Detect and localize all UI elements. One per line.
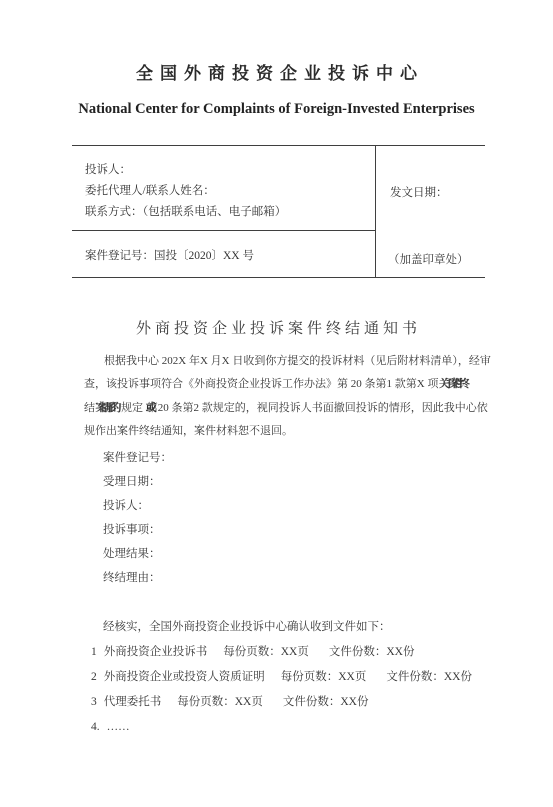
issue-date-label: 发文日期：: [390, 184, 448, 200]
para-line-3-text-mid: 规定: [121, 402, 146, 414]
doc-item-pages: 每份页数：XX页: [177, 696, 263, 708]
table-right-column: 发文日期： （加盖印章处）: [376, 146, 485, 277]
para-line-3-text-start: 结: [84, 402, 95, 414]
field-acceptance-date: 受理日期：: [103, 470, 172, 494]
doc-item-name: 代理委托书: [104, 696, 162, 708]
field-complainant: 投诉人：: [103, 494, 172, 518]
field-termination-reason: 终结理由：: [103, 566, 172, 590]
doc-item-copies: 文件份数：XX份: [283, 696, 369, 708]
field-case-registration-number: 案件登记号：: [103, 446, 172, 470]
doc-item-name: ……: [107, 721, 130, 733]
document-list-item: 3代理委托书每份页数：XX页文件份数：XX份: [91, 690, 472, 715]
para-line-3-overlap-char: 第: [147, 397, 158, 420]
para-line-4: 规作出案件终结通知，案件材料恕不退回。: [84, 420, 484, 443]
case-number-label: 案件登记号：国投〔2020〕XX 号: [85, 250, 254, 262]
seal-placeholder-label: （加盖印章处）: [388, 251, 469, 267]
complainant-label: 投诉人：: [85, 160, 375, 181]
doc-item-pages: 每份页数：XX页: [281, 671, 367, 683]
complainant-info-cell: 投诉人： 委托代理人/联系人姓名： 联系方式：（包括联系电话、电子邮箱）: [72, 146, 375, 231]
para-line-2: 查，该投诉事项符合《外商投资企业投诉工作办法》第 20 条第1 款第X 项关于案…: [84, 373, 484, 396]
table-left-column: 投诉人： 委托代理人/联系人姓名： 联系方式：（包括联系电话、电子邮箱） 案件登…: [72, 146, 376, 277]
para-line-2-garbled-text: 关于案件终: [438, 373, 463, 396]
notice-body-paragraph: 根据我中心 202X 年X 月X 日收到你方提交的投诉材料（见后附材料清单），经…: [84, 350, 484, 444]
notice-title: 外商投资企业投诉案件终结通知书: [0, 317, 553, 338]
doc-item-number: 2: [91, 671, 97, 683]
document-list-item: 2外商投资企业或投资人资质证明每份页数：XX页文件份数：XX份: [91, 665, 472, 690]
doc-item-pages: 每份页数：XX页: [223, 646, 309, 658]
doc-item-number: 4.: [91, 721, 100, 733]
para-line-1: 根据我中心 202X 年X 月X 日收到你方提交的投诉材料（见后附材料清单），经…: [84, 350, 484, 373]
doc-item-name: 外商投资企业或投资人资质证明: [104, 671, 265, 683]
para-line-3-text-end: 20 条第2 款规定的，视同投诉人书面撤回投诉的情形，因此我中心依: [158, 402, 488, 414]
contact-label: 联系方式：（包括联系电话、电子邮箱）: [85, 202, 375, 223]
field-handling-result: 处理结果：: [103, 542, 172, 566]
case-number-cell: 案件登记号：国投〔2020〕XX 号: [72, 231, 375, 276]
org-title-english: National Center for Complaints of Foreig…: [0, 101, 553, 118]
document-list-item: 1外商投资企业投诉书每份页数：XX页文件份数：XX份: [91, 640, 472, 665]
doc-item-number: 3: [91, 696, 97, 708]
doc-item-copies: 文件份数：XX份: [386, 671, 472, 683]
case-info-table: 投诉人： 委托代理人/联系人姓名： 联系方式：（包括联系电话、电子邮箱） 案件登…: [72, 145, 485, 278]
agent-label: 委托代理人/联系人姓名：: [85, 181, 375, 202]
para-line-3-garbled-text: 案情形的: [95, 397, 115, 420]
documents-intro: 经核实，全国外商投资企业投诉中心确认收到文件如下：: [91, 615, 472, 640]
doc-item-number: 1: [91, 646, 97, 658]
doc-item-copies: 文件份数：XX份: [329, 646, 415, 658]
document-page: 全国外商投资企业投诉中心 National Center for Complai…: [0, 0, 553, 807]
received-documents-section: 经核实，全国外商投资企业投诉中心确认收到文件如下： 1外商投资企业投诉书每份页数…: [91, 615, 472, 740]
para-line-3: 结案情形的规定 或第20 条第2 款规定的，视同投诉人书面撤回投诉的情形，因此我…: [84, 397, 484, 420]
org-title-chinese: 全国外商投资企业投诉中心: [0, 59, 553, 84]
para-line-2-text: 查，该投诉事项符合《外商投资企业投诉工作办法》第 20 条第1 款第X 项: [84, 378, 438, 390]
field-complaint-matter: 投诉事项：: [103, 518, 172, 542]
document-list-item: 4.……: [91, 715, 472, 740]
doc-item-name: 外商投资企业投诉书: [104, 646, 208, 658]
case-detail-fields: 案件登记号： 受理日期： 投诉人： 投诉事项： 处理结果： 终结理由：: [103, 446, 172, 590]
